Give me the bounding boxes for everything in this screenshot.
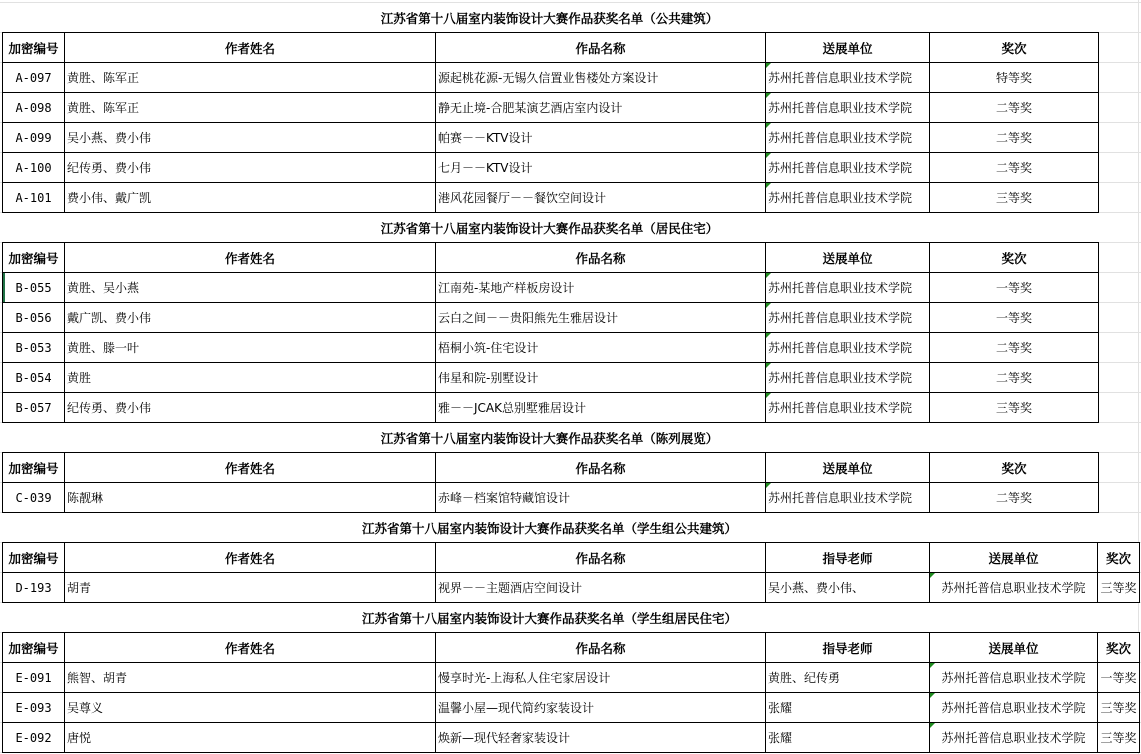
- cell-award[interactable]: 特等奖: [930, 63, 1099, 93]
- table-header-row: 加密编号 作者姓名 作品名称 送展单位 奖次: [3, 33, 1099, 63]
- cell-unit[interactable]: 苏州托普信息职业技术学院: [766, 153, 930, 183]
- table-row: B-053 黄胜、滕一叶 梧桐小筑-住宅设计 苏州托普信息职业技术学院 二等奖: [3, 333, 1099, 363]
- cell-code[interactable]: E-091: [3, 663, 65, 693]
- cell-code[interactable]: B-056: [3, 303, 65, 333]
- table-row: A-099 吴小燕、费小伟 帕赛－－KTV设计 苏州托普信息职业技术学院 二等奖: [3, 123, 1099, 153]
- table-row: B-055 黄胜、吴小燕 江南苑-某地产样板房设计 苏州托普信息职业技术学院 一…: [3, 273, 1099, 303]
- table-header-row: 加密编号 作者姓名 作品名称 指导老师 送展单位 奖次: [3, 633, 1140, 663]
- table-row: D-193 胡青 视界－－主题酒店空间设计 吴小燕、费小伟、 苏州托普信息职业技…: [3, 573, 1140, 603]
- header-award[interactable]: 奖次: [1098, 633, 1140, 663]
- header-author[interactable]: 作者姓名: [65, 453, 436, 483]
- header-unit[interactable]: 送展单位: [766, 453, 930, 483]
- header-award[interactable]: 奖次: [930, 453, 1099, 483]
- header-code[interactable]: 加密编号: [3, 243, 65, 273]
- header-unit[interactable]: 送展单位: [930, 543, 1098, 573]
- cell-code[interactable]: B-054: [3, 363, 65, 393]
- table-row: B-057 纪传勇、费小伟 雅－－JCAK总别墅雅居设计 苏州托普信息职业技术学…: [3, 393, 1099, 423]
- cell-work[interactable]: 七月－－KTV设计: [436, 153, 766, 183]
- header-advisor[interactable]: 指导老师: [766, 633, 930, 663]
- cell-unit[interactable]: 苏州托普信息职业技术学院: [766, 93, 930, 123]
- cell-unit[interactable]: 苏州托普信息职业技术学院: [766, 483, 930, 513]
- cell-code[interactable]: A-098: [3, 93, 65, 123]
- cell-author[interactable]: 黄胜、陈军正: [65, 63, 436, 93]
- cell-award[interactable]: 二等奖: [930, 123, 1099, 153]
- cell-code[interactable]: C-039: [3, 483, 65, 513]
- cell-award[interactable]: 三等奖: [1098, 693, 1140, 723]
- cell-award[interactable]: 二等奖: [930, 153, 1099, 183]
- cell-award[interactable]: 三等奖: [1098, 573, 1140, 603]
- cell-work[interactable]: 温馨小屋—现代简约家装设计: [436, 693, 766, 723]
- table-row: A-100 纪传勇、费小伟 七月－－KTV设计 苏州托普信息职业技术学院 二等奖: [3, 153, 1099, 183]
- table-row: B-054 黄胜 伟星和院-别墅设计 苏州托普信息职业技术学院 二等奖: [3, 363, 1099, 393]
- table-row: E-092 唐悦 焕新—现代轻奢家装设计 张耀 苏州托普信息职业技术学院 三等奖: [3, 723, 1140, 753]
- cell-advisor[interactable]: 张耀: [766, 693, 930, 723]
- table-header-row: 加密编号 作者姓名 作品名称 送展单位 奖次: [3, 453, 1099, 483]
- cell-unit[interactable]: 苏州托普信息职业技术学院: [766, 123, 930, 153]
- awards-table-student-residential: 加密编号 作者姓名 作品名称 指导老师 送展单位 奖次 E-091 熊智、胡青 …: [2, 632, 1140, 753]
- cell-award[interactable]: 二等奖: [930, 333, 1099, 363]
- cell-unit[interactable]: 苏州托普信息职业技术学院: [766, 183, 930, 213]
- table-header-row: 加密编号 作者姓名 作品名称 送展单位 奖次: [3, 243, 1099, 273]
- cell-code[interactable]: B-053: [3, 333, 65, 363]
- header-award[interactable]: 奖次: [930, 243, 1099, 273]
- cell-work[interactable]: 焕新—现代轻奢家装设计: [436, 723, 766, 753]
- section-title-exhibition[interactable]: 江苏省第十八届室内装饰设计大赛作品获奖名单（陈列展览）: [2, 423, 1097, 453]
- cell-work[interactable]: 云白之间－－贵阳熊先生雅居设计: [436, 303, 766, 333]
- cell-author[interactable]: 唐悦: [65, 723, 436, 753]
- header-unit[interactable]: 送展单位: [766, 243, 930, 273]
- cell-unit[interactable]: 苏州托普信息职业技术学院: [766, 393, 930, 423]
- cell-unit[interactable]: 苏州托普信息职业技术学院: [930, 573, 1098, 603]
- cell-unit[interactable]: 苏州托普信息职业技术学院: [766, 363, 930, 393]
- cell-author[interactable]: 戴广凯、费小伟: [65, 303, 436, 333]
- cell-work[interactable]: 赤峰－档案馆特藏馆设计: [436, 483, 766, 513]
- header-author[interactable]: 作者姓名: [65, 633, 436, 663]
- awards-table-residential: 加密编号 作者姓名 作品名称 送展单位 奖次 B-055 黄胜、吴小燕 江南苑-…: [2, 242, 1099, 423]
- cell-award[interactable]: 二等奖: [930, 93, 1099, 123]
- awards-table-exhibition: 加密编号 作者姓名 作品名称 送展单位 奖次 C-039 陈靓琳 赤峰－档案馆特…: [2, 452, 1099, 513]
- header-work[interactable]: 作品名称: [436, 243, 766, 273]
- cell-award[interactable]: 一等奖: [930, 303, 1099, 333]
- header-unit[interactable]: 送展单位: [766, 33, 930, 63]
- header-author[interactable]: 作者姓名: [65, 33, 436, 63]
- cell-code[interactable]: A-097: [3, 63, 65, 93]
- cell-code[interactable]: B-057: [3, 393, 65, 423]
- cell-author[interactable]: 吴尊义: [65, 693, 436, 723]
- cell-award[interactable]: 二等奖: [930, 483, 1099, 513]
- cell-work[interactable]: 雅－－JCAK总别墅雅居设计: [436, 393, 766, 423]
- header-award[interactable]: 奖次: [1098, 543, 1140, 573]
- cell-award[interactable]: 二等奖: [930, 363, 1099, 393]
- cell-code[interactable]: A-099: [3, 123, 65, 153]
- table-row: B-056 戴广凯、费小伟 云白之间－－贵阳熊先生雅居设计 苏州托普信息职业技术…: [3, 303, 1099, 333]
- table-row: A-098 黄胜、陈军正 静无止境-合肥某演艺酒店室内设计 苏州托普信息职业技术…: [3, 93, 1099, 123]
- header-code[interactable]: 加密编号: [3, 543, 65, 573]
- cell-award[interactable]: 三等奖: [930, 183, 1099, 213]
- table-row: A-097 黄胜、陈军正 源起桃花源-无锡久信置业售楼处方案设计 苏州托普信息职…: [3, 63, 1099, 93]
- cell-author[interactable]: 熊智、胡青: [65, 663, 436, 693]
- section-title-student-residential[interactable]: 江苏省第十八届室内装饰设计大赛作品获奖名单（学生组居民住宅）: [2, 603, 1097, 633]
- awards-table-student-public: 加密编号 作者姓名 作品名称 指导老师 送展单位 奖次 D-193 胡青 视界－…: [2, 542, 1140, 603]
- header-unit[interactable]: 送展单位: [930, 633, 1098, 663]
- spreadsheet-sheet: 江苏省第十八届室内装饰设计大赛作品获奖名单（公共建筑） 加密编号 作者姓名 作品…: [0, 0, 1141, 754]
- section-title-public-buildings[interactable]: 江苏省第十八届室内装饰设计大赛作品获奖名单（公共建筑）: [2, 3, 1097, 33]
- cell-advisor[interactable]: 黄胜、纪传勇: [766, 663, 930, 693]
- cell-unit[interactable]: 苏州托普信息职业技术学院: [930, 723, 1098, 753]
- table-row: A-101 费小伟、戴广凯 港风花园餐厅－－餐饮空间设计 苏州托普信息职业技术学…: [3, 183, 1099, 213]
- cell-author[interactable]: 黄胜、陈军正: [65, 93, 436, 123]
- cell-author[interactable]: 陈靓琳: [65, 483, 436, 513]
- cell-code[interactable]: E-092: [3, 723, 65, 753]
- cell-work[interactable]: 梧桐小筑-住宅设计: [436, 333, 766, 363]
- cell-award[interactable]: 三等奖: [930, 393, 1099, 423]
- cell-advisor[interactable]: 张耀: [766, 723, 930, 753]
- cell-work[interactable]: 静无止境-合肥某演艺酒店室内设计: [436, 93, 766, 123]
- cell-author[interactable]: 胡青: [65, 573, 436, 603]
- header-work[interactable]: 作品名称: [436, 633, 766, 663]
- cell-award[interactable]: 一等奖: [1098, 663, 1140, 693]
- cell-unit[interactable]: 苏州托普信息职业技术学院: [766, 63, 930, 93]
- awards-table-public-buildings: 加密编号 作者姓名 作品名称 送展单位 奖次 A-097 黄胜、陈军正 源起桃花…: [2, 32, 1099, 213]
- cell-code[interactable]: A-100: [3, 153, 65, 183]
- header-award[interactable]: 奖次: [930, 33, 1099, 63]
- header-author[interactable]: 作者姓名: [65, 543, 436, 573]
- table-row: E-091 熊智、胡青 慢享时光-上海私人住宅家居设计 黄胜、纪传勇 苏州托普信…: [3, 663, 1140, 693]
- cell-author[interactable]: 吴小燕、费小伟: [65, 123, 436, 153]
- cell-unit[interactable]: 苏州托普信息职业技术学院: [930, 693, 1098, 723]
- table-row: E-093 吴尊义 温馨小屋—现代简约家装设计 张耀 苏州托普信息职业技术学院 …: [3, 693, 1140, 723]
- header-advisor[interactable]: 指导老师: [766, 543, 930, 573]
- cell-work[interactable]: 港风花园餐厅－－餐饮空间设计: [436, 183, 766, 213]
- header-code[interactable]: 加密编号: [3, 33, 65, 63]
- cell-award[interactable]: 一等奖: [930, 273, 1099, 303]
- cell-author[interactable]: 纪传勇、费小伟: [65, 393, 436, 423]
- cell-work[interactable]: 伟星和院-别墅设计: [436, 363, 766, 393]
- cell-advisor[interactable]: 吴小燕、费小伟、: [766, 573, 930, 603]
- cell-work[interactable]: 帕赛－－KTV设计: [436, 123, 766, 153]
- cell-author[interactable]: 费小伟、戴广凯: [65, 183, 436, 213]
- table-row: C-039 陈靓琳 赤峰－档案馆特藏馆设计 苏州托普信息职业技术学院 二等奖: [3, 483, 1099, 513]
- cell-work[interactable]: 视界－－主题酒店空间设计: [436, 573, 766, 603]
- section-title-residential[interactable]: 江苏省第十八届室内装饰设计大赛作品获奖名单（居民住宅）: [2, 213, 1097, 243]
- header-code[interactable]: 加密编号: [3, 633, 65, 663]
- section-title-student-public[interactable]: 江苏省第十八届室内装饰设计大赛作品获奖名单（学生组公共建筑）: [2, 513, 1097, 543]
- cell-author[interactable]: 纪传勇、费小伟: [65, 153, 436, 183]
- cell-unit[interactable]: 苏州托普信息职业技术学院: [766, 333, 930, 363]
- cell-author[interactable]: 黄胜、滕一叶: [65, 333, 436, 363]
- cell-work[interactable]: 江南苑-某地产样板房设计: [436, 273, 766, 303]
- cell-work[interactable]: 源起桃花源-无锡久信置业售楼处方案设计: [436, 63, 766, 93]
- header-work[interactable]: 作品名称: [436, 33, 766, 63]
- cell-work[interactable]: 慢享时光-上海私人住宅家居设计: [436, 663, 766, 693]
- cell-code[interactable]: E-093: [3, 693, 65, 723]
- cell-code[interactable]: A-101: [3, 183, 65, 213]
- cell-unit[interactable]: 苏州托普信息职业技术学院: [766, 303, 930, 333]
- cell-unit[interactable]: 苏州托普信息职业技术学院: [766, 273, 930, 303]
- cell-unit[interactable]: 苏州托普信息职业技术学院: [930, 663, 1098, 693]
- cell-code[interactable]: B-055: [3, 273, 65, 303]
- cell-author[interactable]: 黄胜、吴小燕: [65, 273, 436, 303]
- cell-award[interactable]: 三等奖: [1098, 723, 1140, 753]
- table-header-row: 加密编号 作者姓名 作品名称 指导老师 送展单位 奖次: [3, 543, 1140, 573]
- cell-author[interactable]: 黄胜: [65, 363, 436, 393]
- header-work[interactable]: 作品名称: [436, 543, 766, 573]
- header-author[interactable]: 作者姓名: [65, 243, 436, 273]
- header-code[interactable]: 加密编号: [3, 453, 65, 483]
- cell-code[interactable]: D-193: [3, 573, 65, 603]
- header-work[interactable]: 作品名称: [436, 453, 766, 483]
